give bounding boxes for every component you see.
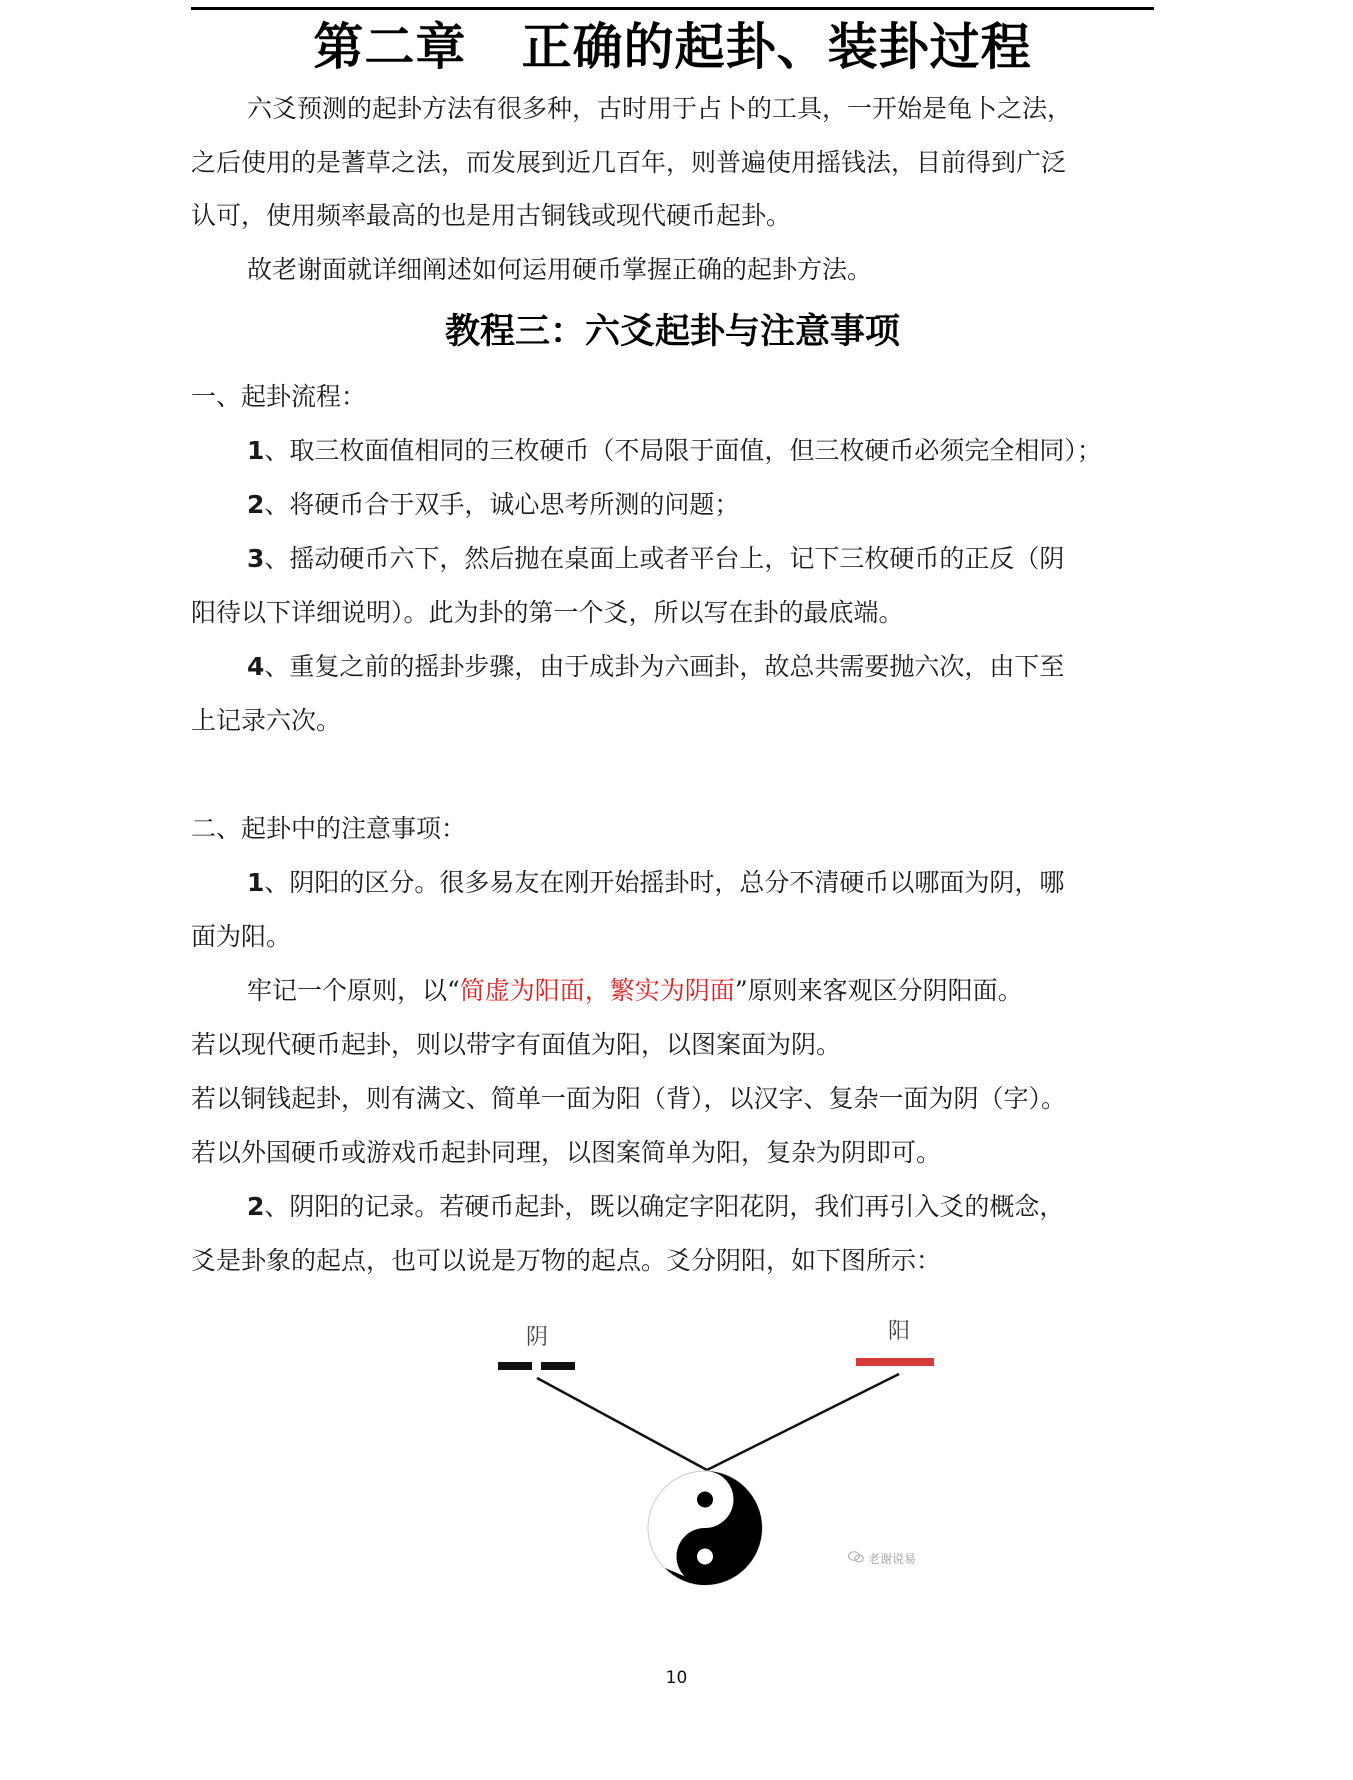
step-1: 1、取三枚面值相同的三枚硬币（不局限于面值，但三枚硬币必须完全相同）； — [247, 424, 1210, 478]
step-text: 、取三枚面值相同的三枚硬币（不局限于面值，但三枚硬币必须完全相同）； — [264, 436, 1102, 465]
yin-line-segment-right — [541, 1362, 575, 1370]
watermark-text: 老谢说易 — [868, 1550, 916, 1567]
taiji-icon — [648, 1471, 762, 1585]
note-number: 1 — [247, 868, 264, 897]
note-number: 2 — [247, 1192, 264, 1221]
page-number: 10 — [0, 1668, 1353, 1688]
step-2: 2、将硬币合于双手，诚心思考所测的问题； — [247, 478, 1210, 532]
intro-paragraph-line: 之后使用的是蓍草之法，而发展到近几百年，则普遍使用摇钱法，目前得到广泛 — [191, 136, 1154, 190]
step-number: 3 — [247, 544, 264, 573]
yin-connector-line — [537, 1378, 707, 1470]
step-number: 1 — [247, 436, 264, 465]
principle-suffix: ”原则来客观区分阴阳面。 — [735, 976, 1023, 1005]
step-3-continuation: 阳待以下详细说明）。此为卦的第一个爻，所以写在卦的最底端。 — [191, 586, 1154, 640]
step-text: 、摇动硬币六下，然后抛在桌面上或者平台上，记下三枚硬币的正反（阴 — [264, 544, 1064, 573]
yang-line — [856, 1358, 934, 1366]
section-1-heading: 一、起卦流程： — [191, 370, 1154, 424]
step-text: 、重复之前的摇卦步骤，由于成卦为六画卦，故总共需要抛六次，由下至 — [264, 652, 1064, 681]
wechat-icon — [848, 1551, 864, 1566]
principle-prefix: 牢记一个原则，以“ — [247, 976, 460, 1005]
yin-yang-figure: 阴 阳 — [470, 1300, 940, 1600]
rule-modern-coin: 若以现代硬币起卦，则以带字有面值为阳，以图案面为阴。 — [191, 1018, 1154, 1072]
document-page: 第二章 正确的起卦、装卦过程 六爻预测的起卦方法有很多种，古时用于占卜的工具，一… — [0, 0, 1353, 1780]
step-4-continuation: 上记录六次。 — [191, 694, 1154, 748]
note-2: 2、阴阳的记录。若硬币起卦，既以确定字阳花阴，我们再引入爻的概念， — [247, 1180, 1210, 1234]
watermark: 老谢说易 — [848, 1550, 916, 1567]
section-2-heading: 二、起卦中的注意事项： — [191, 802, 1154, 856]
intro-paragraph-line: 认可，使用频率最高的也是用古铜钱或现代硬币起卦。 — [191, 189, 1154, 243]
rule-foreign-coin: 若以外国硬币或游戏币起卦同理，以图案简单为阳，复杂为阴即可。 — [191, 1126, 1154, 1180]
rule-copper-coin: 若以铜钱起卦，则有满文、简单一面为阳（背），以汉字、复杂一面为阴（字）。 — [191, 1072, 1154, 1126]
yin-line-segment-left — [498, 1362, 532, 1370]
note-1: 1、阴阳的区分。很多易友在刚开始摇卦时，总分不清硬币以哪面为阴，哪 — [247, 856, 1210, 910]
note-1-continuation: 面为阳。 — [191, 910, 1154, 964]
note-2-continuation: 爻是卦象的起点，也可以说是万物的起点。爻分阴阳，如下图所示： — [191, 1234, 1154, 1288]
principle-line: 牢记一个原则，以“简虚为阳面，繁实为阴面”原则来客观区分阴阳面。 — [247, 964, 1210, 1018]
yang-connector-line — [707, 1374, 899, 1470]
header-rule — [191, 7, 1154, 10]
tutorial-title: 教程三：六爻起卦与注意事项 — [191, 307, 1154, 357]
step-text: 、将硬币合于双手，诚心思考所测的问题； — [264, 490, 739, 519]
intro-paragraph-2: 故老谢面就详细阐述如何运用硬币掌握正确的起卦方法。 — [247, 243, 1210, 297]
step-number: 2 — [247, 490, 264, 519]
principle-highlight: 简虚为阳面，繁实为阴面 — [460, 976, 735, 1005]
step-3: 3、摇动硬币六下，然后抛在桌面上或者平台上，记下三枚硬币的正反（阴 — [247, 532, 1210, 586]
intro-paragraph-line: 六爻预测的起卦方法有很多种，古时用于占卜的工具，一开始是龟卜之法， — [247, 82, 1210, 136]
step-4: 4、重复之前的摇卦步骤，由于成卦为六画卦，故总共需要抛六次，由下至 — [247, 640, 1210, 694]
note-text: 、阴阳的区分。很多易友在刚开始摇卦时，总分不清硬币以哪面为阴，哪 — [264, 868, 1064, 897]
step-number: 4 — [247, 652, 264, 681]
chapter-title: 第二章 正确的起卦、装卦过程 — [191, 14, 1154, 80]
note-text: 、阴阳的记录。若硬币起卦，既以确定字阳花阴，我们再引入爻的概念， — [264, 1192, 1064, 1221]
